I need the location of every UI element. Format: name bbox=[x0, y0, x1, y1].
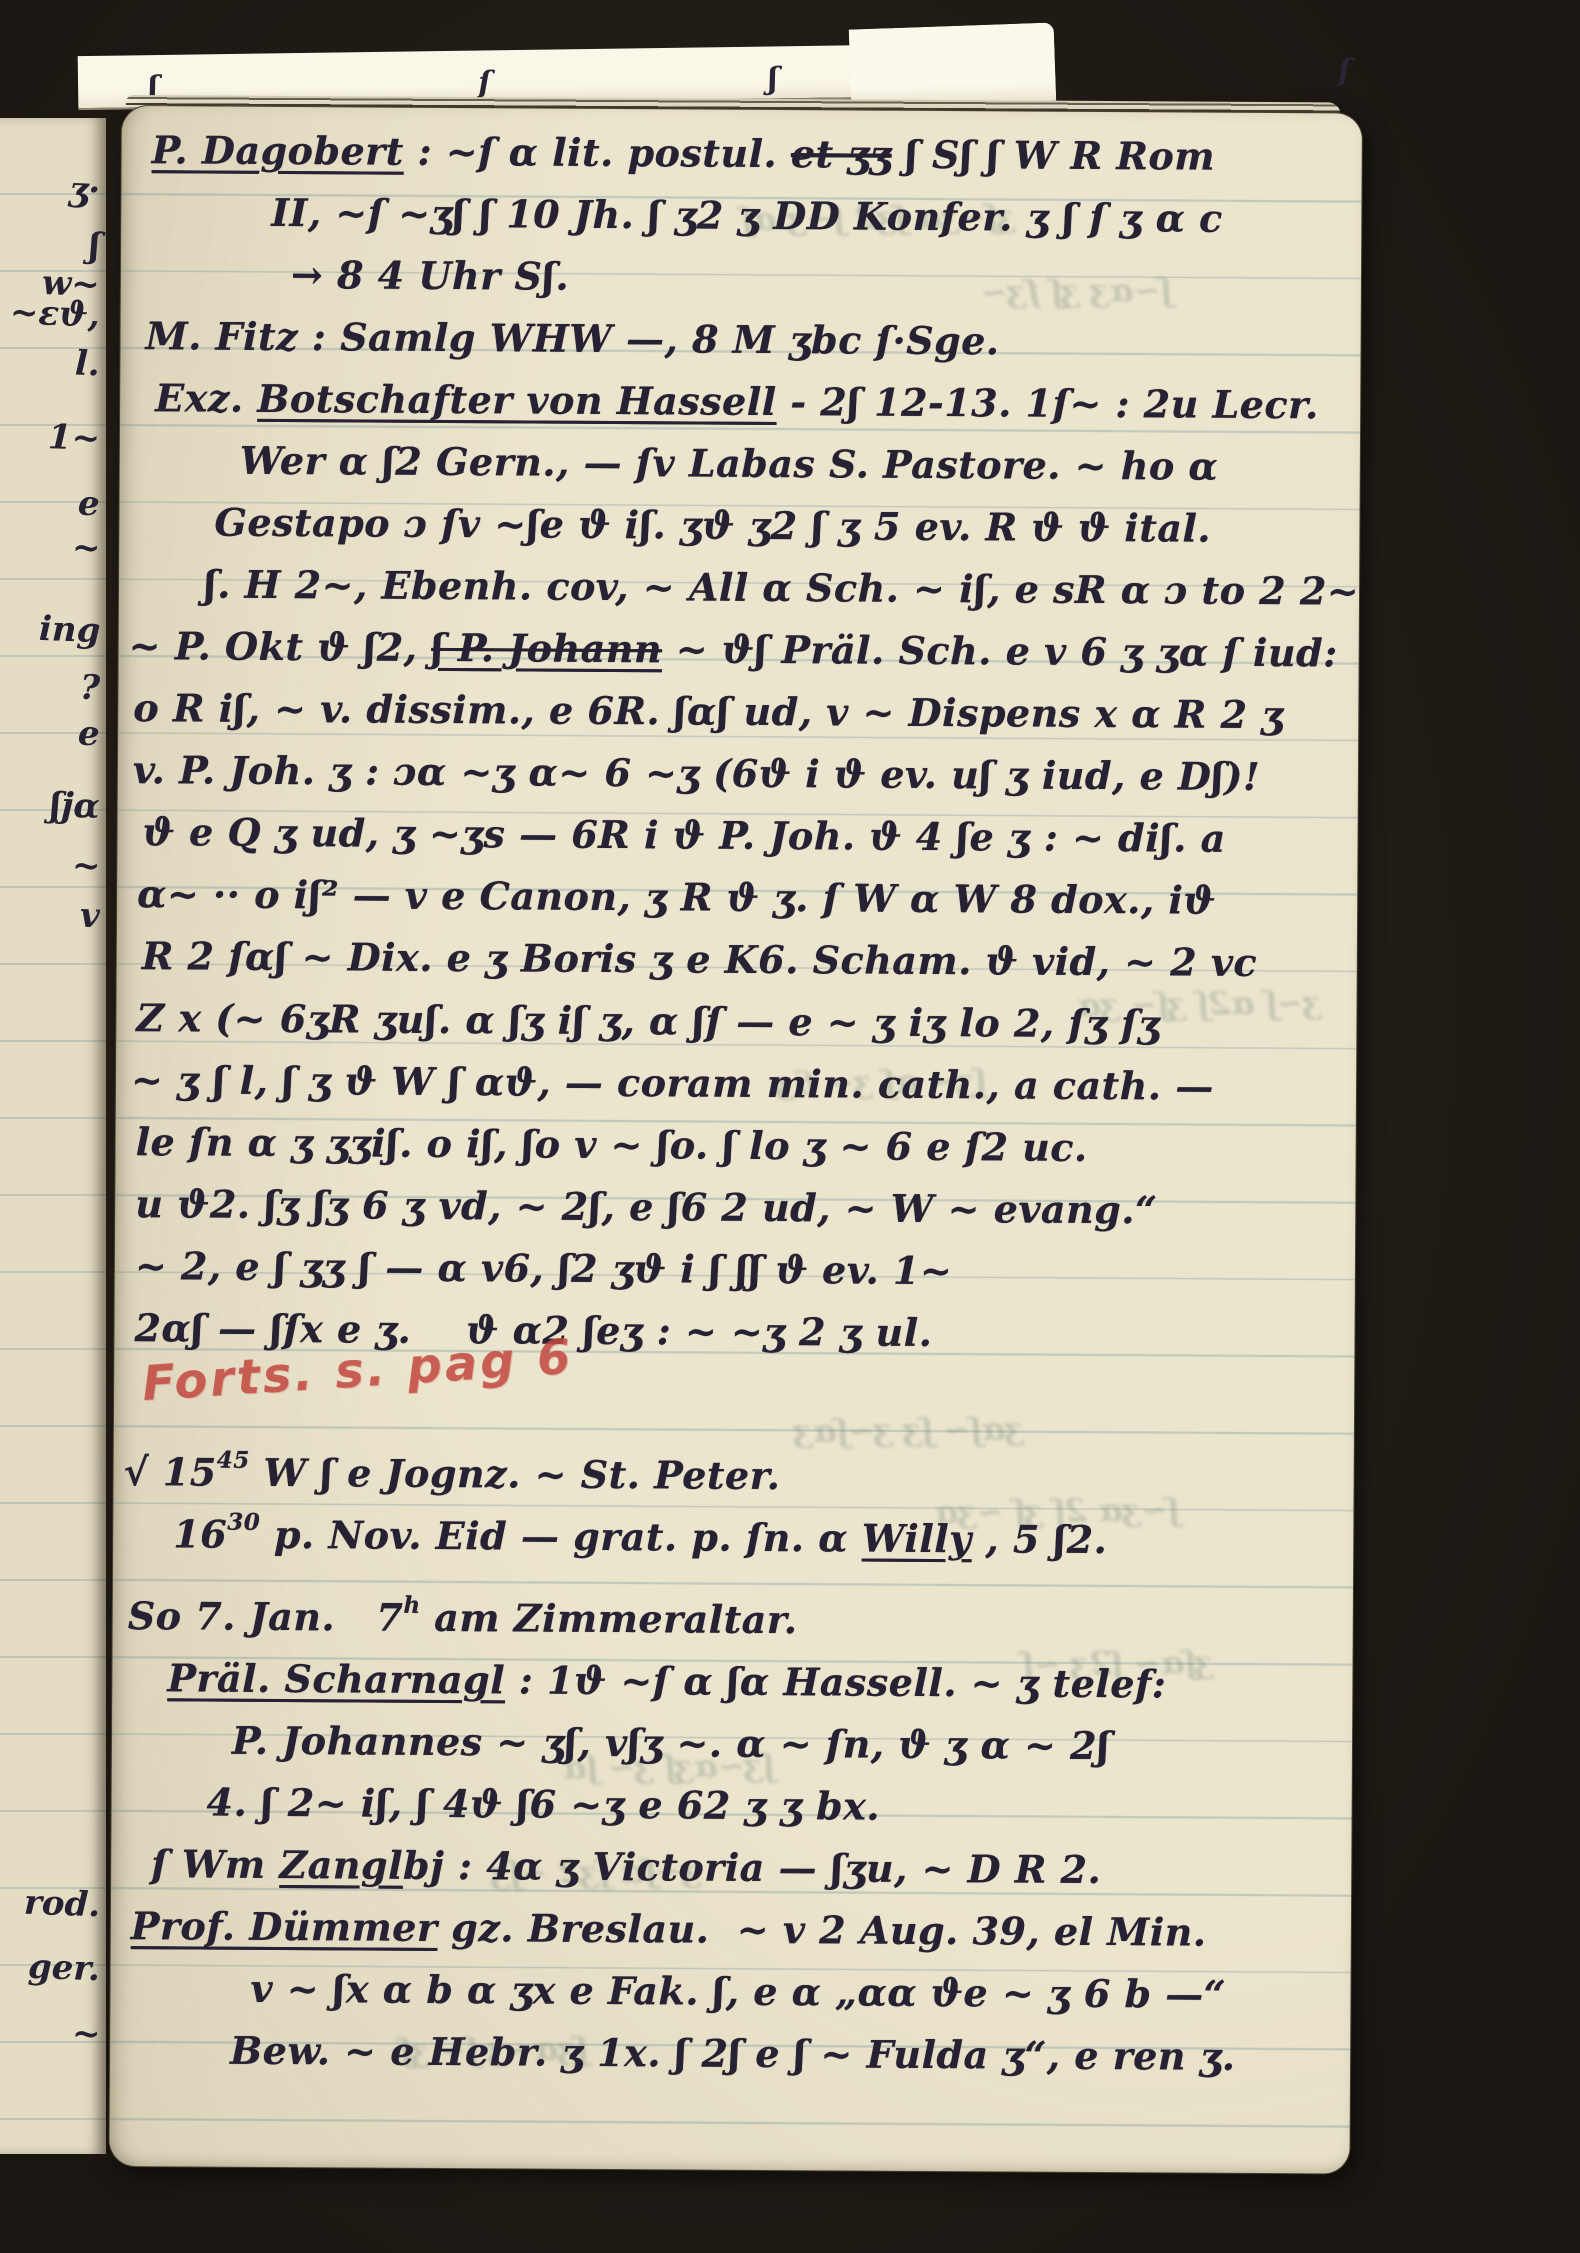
photo-background: { "page_background": "#28211a", "paper":… bbox=[0, 0, 1580, 2253]
handwriting-segment: am Zimmeraltar. bbox=[420, 1595, 797, 1642]
facing-line-fragment: ~ bbox=[71, 2014, 101, 2055]
handwriting-segment: Prof. Dümmer bbox=[131, 1903, 438, 1950]
facing-line-fragment: ? bbox=[79, 668, 100, 709]
handwriting-line: v ~ ʃx ɑ b ɑ ʒx e Fak. ʃ, e ɑ „ɑɑ ϑe ~ ʒ… bbox=[250, 1949, 1350, 2018]
handwriting-segment: v ~ ʃx ɑ b ɑ ʒx e Fak. ʃ, e ɑ „ɑɑ ϑe ~ ʒ… bbox=[250, 1966, 1226, 2017]
facing-line-fragment: 1~ bbox=[47, 417, 101, 459]
handwriting-segment: 16 bbox=[173, 1511, 227, 1556]
handwriting-segment: 4. ʃ 2~ iʃ, ʃ 4ϑ ʃ6 ~ʒ e 62 ʒ ʒ bx. bbox=[207, 1780, 881, 1829]
handwriting-segment: ſ Wm bbox=[151, 1841, 279, 1887]
facing-page-strip: ʒ·ʃw~~εϑ,l.1~e~ing?eʃjɑ~vrod.ger.~ bbox=[0, 118, 106, 2154]
handwriting-line: P. Johannes ~ ʒʃ, vʃʒ ~. ɑ ~ ſn, ϑ ʒ ɑ ~… bbox=[232, 1701, 1352, 1770]
facing-line-fragment: ~ bbox=[71, 846, 101, 887]
handwriting-segment: Exz. bbox=[155, 375, 257, 421]
handwriting-segment: P. Dagobert bbox=[152, 127, 404, 174]
facing-line-fragment: ʃjɑ bbox=[50, 785, 101, 827]
handwriting-line: ~ P. Okt ϑ ʃ2, ʃ P. Johann ~ ϑʃ Präl. Sc… bbox=[129, 606, 1359, 676]
facing-line-fragment: v bbox=[80, 896, 101, 937]
handwriting-line: ~ ʒ ʃ l, ʃ ʒ ϑ W ʃ ɑϑ, — coram min. cath… bbox=[131, 1040, 1356, 1109]
handwriting-line: 4. ʃ 2~ iʃ, ʃ 4ϑ ʃ6 ~ʒ e 62 ʒ ʒ bx. bbox=[207, 1763, 1352, 1832]
handwriting-segment: ~ ϑʃ Präl. Sch. e v 6 ʒ ʒɑ ſ iud: bbox=[662, 626, 1338, 675]
handwriting-segment: 45 bbox=[217, 1447, 250, 1474]
facing-line-fragment: ʃ bbox=[88, 226, 101, 266]
sheet-ink-mark: ʃ bbox=[768, 61, 778, 96]
handwriting-segment: p. Nov. Eid — grat. p. ſn. ɑ bbox=[260, 1512, 862, 1561]
handwriting-line: Z x (~ 6ʒR ʒuʃ. ɑ ʃʒ iʃ ʒ, ɑ ʃſ — e ~ ʒ … bbox=[136, 978, 1356, 1047]
handwriting-line: Prof. Dümmer gz. Breslau. ~ v 2 Aug. 39,… bbox=[131, 1886, 1351, 1955]
handwriting-segment: v. P. Joh. ʒ : ɔɑ ~ʒ ɑ~ 6 ~ʒ (6ϑ i ϑ ev.… bbox=[133, 747, 1260, 799]
handwriting-line: le ſn ɑ ʒ ʒʒiʃ. o iʃ, ʃo v ~ ʃo. ʃ lo ʒ … bbox=[136, 1102, 1356, 1171]
handwriting-segment: bj : 4ɑ ʒ Victoria — ʃʒu, ~ D R 2. bbox=[403, 1843, 1102, 1892]
handwriting-line: P. Dagobert : ~ſ ɑ lit. postul. et ʒʒ ʃ … bbox=[152, 110, 1362, 179]
handwriting-segment: √ 15 bbox=[124, 1449, 217, 1495]
handwriting-segment: Botschafter von Hassell bbox=[257, 376, 777, 424]
handwriting-segment: Bew. ~ e Hebr. ʒ 1x. ʃ 2ʃ e ʃ ~ Fulda ʒ“… bbox=[230, 2028, 1236, 2079]
handwriting-segment: ϑ e Q ʒ ud, ʒ ~ʒs — 6R i ϑ P. Joh. ϑ 4 ʃ… bbox=[142, 809, 1226, 861]
handwriting-segment: : ~ſ ɑ lit. postul. bbox=[404, 129, 791, 176]
handwriting-segment: 30 bbox=[227, 1509, 260, 1536]
handwriting-segment: ~ ʒ ʃ l, ʃ ʒ ϑ W ʃ ɑϑ, — coram min. cath… bbox=[131, 1057, 1214, 1109]
handwriting-line: u ϑ2. ʃʒ ʃʒ 6 ʒ vd, ~ 2ʃ, e ʃ6 2 ud, ~ W… bbox=[135, 1164, 1355, 1233]
handwriting-segment: ɑ~ ·· o iʃ² — v e Canon, ʒ R ϑ ʒ. ſ W ɑ … bbox=[137, 871, 1216, 923]
handwriting-segment: gz. Breslau. ~ v 2 Aug. 39, el Min. bbox=[437, 1905, 1206, 1955]
handwriting-line: ϑ e Q ʒ ud, ʒ ~ʒs — 6R i ϑ P. Joh. ϑ 4 ʃ… bbox=[142, 792, 1357, 861]
handwriting-line: II, ~ſ ~ʒʃ ʃ 10 Jh. ʃ ʒ2 ʒ DD Konfer. ʒ … bbox=[271, 173, 1361, 242]
handwriting-segment: Wer ɑ ʃ2 Gern., — ſv Labas S. Pastore. ~… bbox=[240, 438, 1219, 489]
handwriting-line: ſ Wm Zanglbj : 4ɑ ʒ Victoria — ʃʒu, ~ D … bbox=[151, 1824, 1351, 1893]
handwriting-segment: M. Fitz : Samlg WHW —, 8 M ʒbc ſ·Sge. bbox=[145, 313, 999, 363]
handwriting-segment: , 5 ʃ2. bbox=[972, 1516, 1108, 1562]
handwriting-line: √ 1545 W ʃ e Jognz. ~ St. Peter. bbox=[124, 1432, 1354, 1502]
handwriting-segment: ~ P. Okt ϑ ʃ2, bbox=[129, 623, 432, 670]
handwriting-segment: → 8 4 Uhr Sʃ. bbox=[291, 252, 569, 299]
handwriting-line: o R iʃ, ~ v. dissim., e 6R. ʃɑʃ ud, v ~ … bbox=[133, 668, 1358, 737]
facing-line-fragment: ~εϑ, bbox=[9, 292, 100, 335]
handwriting-segment: So 7. Jan. 7 bbox=[128, 1593, 404, 1640]
handwriting-segment: Forts. s. pag 6 bbox=[140, 1329, 575, 1412]
handwriting-line: R 2 ſɑʃ ~ Dix. e ʒ Boris ʒ e K6. Scham. … bbox=[142, 916, 1357, 985]
sheet-ink-mark: ſ bbox=[478, 65, 491, 100]
handwriting-line: Gestapo ɔ ſv ~ʃe ϑ iʃ. ʒϑ ʒ2 ʃ ʒ 5 ev. R… bbox=[214, 483, 1359, 552]
handwriting-segment: ʃ. H 2~, Ebenh. cov, ~ All ɑ Sch. ~ iʃ, … bbox=[204, 562, 1359, 614]
handwriting-line: ʃ. H 2~, Ebenh. cov, ~ All ɑ Sch. ~ iʃ, … bbox=[204, 545, 1359, 614]
facing-line-fragment: ing bbox=[38, 609, 101, 651]
handwriting-segment: W ʃ e Jognz. ~ St. Peter. bbox=[250, 1450, 781, 1498]
handwriting-segment: II, ~ſ ~ʒʃ ʃ 10 Jh. ʃ ʒ2 ʒ DD Konfer. ʒ … bbox=[271, 190, 1223, 241]
handwriting-segment: u ϑ2. ʃʒ ʃʒ 6 ʒ vd, ~ 2ʃ, e ʃ6 2 ud, ~ W… bbox=[135, 1181, 1157, 1232]
handwriting-area: P. Dagobert : ~ſ ɑ lit. postul. et ʒʒ ʃ … bbox=[110, 110, 1362, 2080]
handwriting-segment: Willy bbox=[862, 1516, 972, 1562]
handwriting-line: 1630 p. Nov. Eid — grat. p. ſn. ɑ Willy … bbox=[173, 1494, 1353, 1563]
stacked-sheet-corner bbox=[849, 22, 1057, 109]
facing-line-fragment: ʒ· bbox=[68, 169, 101, 210]
handwriting-segment: : 1ϑ ~ſ ɑ ʃɑ Hassell. ~ ʒ telef: bbox=[505, 1657, 1167, 1706]
facing-line-fragment: ~ bbox=[71, 528, 101, 569]
facing-line-fragment: e bbox=[78, 484, 101, 525]
handwriting-segment: ʃ Sʃ ʃ W R Rom bbox=[891, 132, 1215, 179]
handwriting-segment: Zangl bbox=[279, 1842, 403, 1888]
handwriting-line: → 8 4 Uhr Sʃ. bbox=[291, 235, 1361, 304]
notebook-page: ʒʃ~ʒɑ ʃʒ2 ʃ~ʒ ɑʃʃ~ɑʒ ʒʃ ſʒ~ʒ~ʃ ɑ2ʃ ʒʃ~ ʒ… bbox=[109, 106, 1362, 2174]
handwriting-line: Präl. Scharnagl : 1ϑ ~ſ ɑ ʃɑ Hassell. ~ … bbox=[167, 1638, 1352, 1707]
handwriting-segment: h bbox=[403, 1592, 420, 1619]
handwriting-line: ɑ~ ·· o iʃ² — v e Canon, ʒ R ϑ ʒ. ſ W ɑ … bbox=[137, 854, 1357, 923]
facing-line-fragment: ger. bbox=[27, 1947, 100, 1989]
handwriting-segment: le ſn ɑ ʒ ʒʒiʃ. o iʃ, ʃo v ~ ʃo. ʃ lo ʒ … bbox=[136, 1119, 1088, 1170]
facing-line-fragment: rod. bbox=[23, 1883, 101, 1926]
handwriting-segment: R 2 ſɑʃ ~ Dix. e ʒ Boris ʒ e K6. Scham. … bbox=[142, 933, 1258, 985]
facing-line-fragment: l. bbox=[75, 344, 101, 385]
handwriting-segment: Z x (~ 6ʒR ʒuʃ. ɑ ʃʒ iʃ ʒ, ɑ ʃſ — e ~ ʒ … bbox=[136, 995, 1160, 1046]
handwriting-segment: Gestapo ɔ ſv ~ʃe ϑ iʃ. ʒϑ ʒ2 ʃ ʒ 5 ev. R… bbox=[214, 500, 1211, 551]
handwriting-line: Exz. Botschafter von Hassell - 2ʃ 12-13.… bbox=[155, 358, 1360, 427]
handwriting-segment: o R iʃ, ~ v. dissim., e 6R. ʃɑʃ ud, v ~ … bbox=[133, 685, 1283, 737]
handwriting-segment: - 2ʃ 12-13. 1ſ~ : 2u Lecr. bbox=[777, 379, 1319, 427]
handwriting-segment: ~ 2, e ʃ ʒʒ ʃ — ɑ v6, ʃ2 ʒϑ i ʃ ʃʃ ϑ ev.… bbox=[135, 1243, 953, 1293]
handwriting-segment: et ʒʒ bbox=[791, 131, 892, 177]
handwriting-line: So 7. Jan. 7h am Zimmeraltar. bbox=[128, 1576, 1353, 1645]
handwriting-line: Wer ɑ ʃ2 Gern., — ſv Labas S. Pastore. ~… bbox=[240, 421, 1360, 490]
sheet-ink-mark: ſ bbox=[1338, 53, 1351, 88]
handwriting-segment: P. Johannes ~ ʒʃ, vʃʒ ~. ɑ ~ ſn, ϑ ʒ ɑ ~… bbox=[232, 1718, 1110, 1768]
handwriting-line: M. Fitz : Samlg WHW —, 8 M ʒbc ſ·Sge. bbox=[145, 296, 1360, 365]
handwriting-line: Bew. ~ e Hebr. ʒ 1x. ʃ 2ʃ e ʃ ~ Fulda ʒ“… bbox=[230, 2011, 1350, 2080]
handwriting-segment: ʃ P. Johann bbox=[431, 625, 662, 671]
handwriting-line: v. P. Joh. ʒ : ɔɑ ~ʒ ɑ~ 6 ~ʒ (6ϑ i ϑ ev.… bbox=[133, 730, 1358, 799]
facing-line-fragment: e bbox=[78, 714, 101, 755]
handwriting-segment: Präl. Scharnagl bbox=[167, 1655, 505, 1702]
